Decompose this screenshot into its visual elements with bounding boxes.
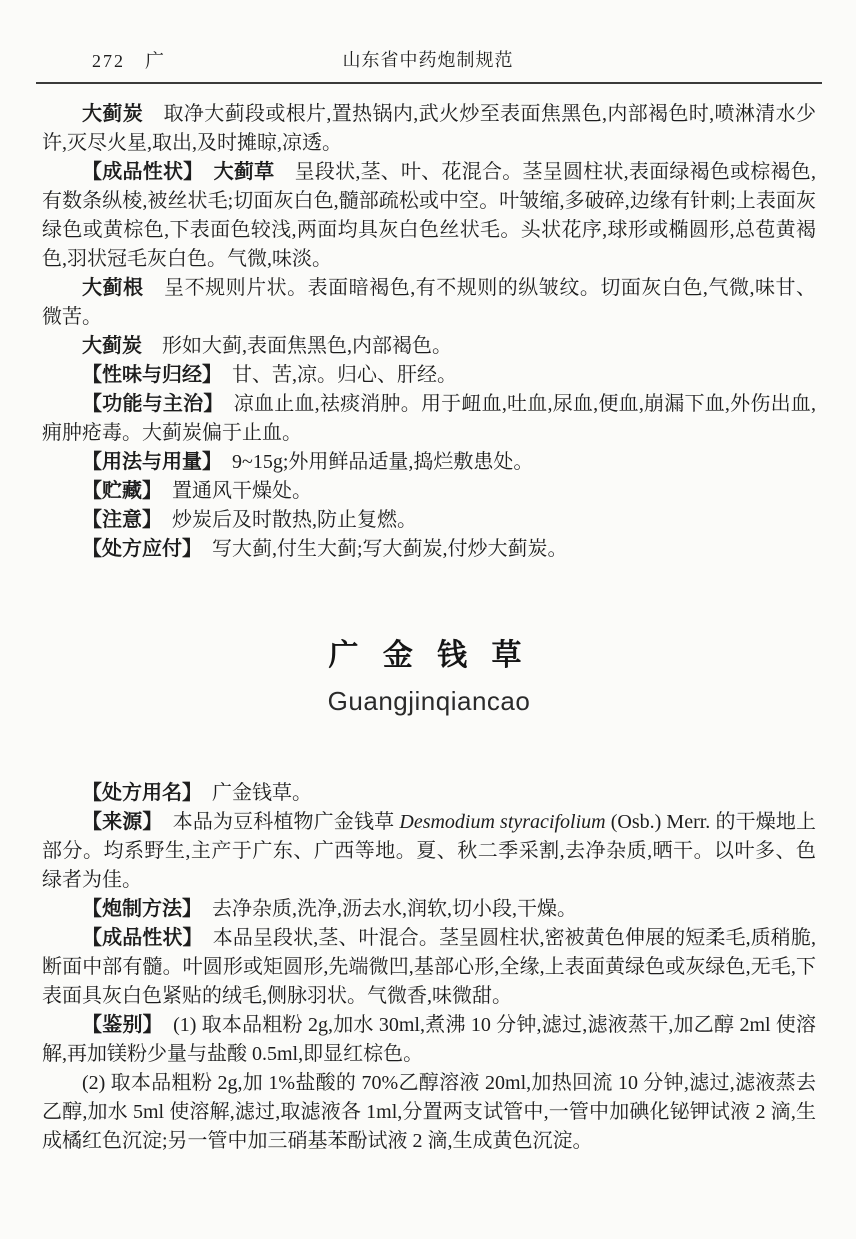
article-heading: 广 金 钱 草 Guangjinqiancao bbox=[42, 630, 816, 717]
paragraph-label: 大蓟炭 bbox=[82, 103, 143, 125]
paragraph: 【成品性状】 本品呈段状,茎、叶混合。茎呈圆柱状,密被黄色伸展的短柔毛,质稍脆,… bbox=[42, 924, 816, 1011]
paragraph-text: 9~15g;外用鲜品适量,捣烂敷患处。 bbox=[212, 451, 533, 473]
paragraph-label: 【性味与归经】 bbox=[82, 364, 212, 386]
paragraph-text: 形如大蓟,表面焦黑色,内部褐色。 bbox=[142, 335, 452, 357]
paragraph: 【鉴别】 (1) 取本品粗粉 2g,加水 30ml,煮沸 10 分钟,滤过,滤液… bbox=[42, 1011, 816, 1069]
paragraph: 【炮制方法】 去净杂质,洗净,沥去水,润软,切小段,干燥。 bbox=[42, 895, 816, 924]
paragraph: 大蓟炭 取净大蓟段或根片,置热锅内,武火炒至表面焦黑色,内部褐色时,喷淋清水少许… bbox=[42, 100, 816, 158]
paragraph: 【处方应付】 写大蓟,付生大蓟;写大蓟炭,付炒大蓟炭。 bbox=[42, 535, 816, 564]
paragraph-text: (1) 取本品粗粉 2g,加水 30ml,煮沸 10 分钟,滤过,滤液蒸干,加乙… bbox=[42, 1014, 816, 1065]
paragraph: 【处方用名】 广金钱草。 bbox=[42, 779, 816, 808]
paragraph-text: 呈不规则片状。表面暗褐色,有不规则的纵皱纹。切面灰白色,气微,味甘、微苦。 bbox=[42, 277, 816, 328]
article-pinyin: Guangjinqiancao bbox=[42, 686, 816, 717]
paragraph: 【功能与主治】 凉血止血,祛痰消肿。用于衄血,吐血,尿血,便血,崩漏下血,外伤出… bbox=[42, 390, 816, 448]
paragraph-text: 去净杂质,洗净,沥去水,润软,切小段,干燥。 bbox=[192, 898, 577, 920]
paragraph-label: 【来源】 bbox=[82, 811, 153, 833]
latin-binomial: Desmodium styracifolium bbox=[399, 811, 605, 833]
page-content: 大蓟炭 取净大蓟段或根片,置热锅内,武火炒至表面焦黑色,内部褐色时,喷淋清水少许… bbox=[0, 84, 856, 1156]
paragraph-label: 【炮制方法】 bbox=[82, 898, 192, 920]
dajiu-paragraphs: 大蓟炭 取净大蓟段或根片,置热锅内,武火炒至表面焦黑色,内部褐色时,喷淋清水少许… bbox=[42, 100, 816, 564]
paragraph-label: 大蓟根 bbox=[82, 277, 144, 299]
paragraph-text: 炒炭后及时散热,防止复燃。 bbox=[152, 509, 417, 531]
paragraph-text: 置通风干燥处。 bbox=[152, 480, 312, 502]
paragraph-label: 【处方用名】 bbox=[82, 782, 192, 804]
monograph-guangjinqiancao: 广 金 钱 草 Guangjinqiancao 【处方用名】 广金钱草。【来源】… bbox=[42, 630, 816, 1156]
paragraph-label: 【用法与用量】 bbox=[82, 451, 212, 473]
paragraph: 【贮藏】 置通风干燥处。 bbox=[42, 477, 816, 506]
paragraph-text: 广金钱草。 bbox=[192, 782, 312, 804]
paragraph-label: 【成品性状】 bbox=[82, 161, 193, 183]
paragraph: 【注意】 炒炭后及时散热,防止复燃。 bbox=[42, 506, 816, 535]
guangjinqiancao-paragraphs: 【处方用名】 广金钱草。【来源】 本品为豆科植物广金钱草 Desmodium s… bbox=[42, 779, 816, 1156]
paragraph: 【用法与用量】 9~15g;外用鲜品适量,捣烂敷患处。 bbox=[42, 448, 816, 477]
article-title: 广 金 钱 草 bbox=[42, 630, 816, 674]
paragraph-label: 【成品性状】 bbox=[82, 927, 193, 949]
paragraph: 【性味与归经】 甘、苦,凉。归心、肝经。 bbox=[42, 361, 816, 390]
paragraph: (2) 取本品粗粉 2g,加 1%盐酸的 70%乙醇溶液 20ml,加热回流 1… bbox=[42, 1069, 816, 1156]
paragraph: 【成品性状】 大蓟草 呈段状,茎、叶、花混合。茎呈圆柱状,表面绿褐色或棕褐色,有… bbox=[42, 158, 816, 274]
running-header: 272 广 山东省中药炮制规范 bbox=[36, 46, 820, 72]
paragraph-label: 【注意】 bbox=[82, 509, 152, 531]
paragraph-text: 甘、苦,凉。归心、肝经。 bbox=[212, 364, 457, 386]
paragraph-label: 【贮藏】 bbox=[82, 480, 152, 502]
paragraph: 大蓟炭 形如大蓟,表面焦黑色,内部褐色。 bbox=[42, 332, 816, 361]
paragraph-text: 写大蓟,付生大蓟;写大蓟炭,付炒大蓟炭。 bbox=[192, 538, 568, 560]
paragraph-label: 【鉴别】 bbox=[82, 1014, 153, 1036]
paragraph-text: 取净大蓟段或根片,置热锅内,武火炒至表面焦黑色,内部褐色时,喷淋清水少许,灭尽火… bbox=[42, 103, 816, 154]
book-title: 山东省中药炮制规范 bbox=[36, 46, 820, 72]
paragraph-label: 【处方应付】 bbox=[82, 538, 192, 560]
paragraph: 【来源】 本品为豆科植物广金钱草 Desmodium styracifolium… bbox=[42, 808, 816, 895]
paragraph-text bbox=[193, 161, 213, 183]
paragraph-label: 大蓟草 bbox=[214, 161, 275, 183]
paragraph-text: (2) 取本品粗粉 2g,加 1%盐酸的 70%乙醇溶液 20ml,加热回流 1… bbox=[42, 1072, 816, 1152]
scanned-book-page: 272 广 山东省中药炮制规范 大蓟炭 取净大蓟段或根片,置热锅内,武火炒至表面… bbox=[0, 0, 856, 1239]
paragraph: 大蓟根 呈不规则片状。表面暗褐色,有不规则的纵皱纹。切面灰白色,气微,味甘、微苦… bbox=[42, 274, 816, 332]
paragraph-label: 大蓟炭 bbox=[82, 335, 142, 357]
paragraph-text: 本品为豆科植物广金钱草 bbox=[153, 811, 400, 833]
paragraph-label: 【功能与主治】 bbox=[82, 393, 214, 415]
monograph-dajiu-continued: 大蓟炭 取净大蓟段或根片,置热锅内,武火炒至表面焦黑色,内部褐色时,喷淋清水少许… bbox=[42, 100, 816, 564]
